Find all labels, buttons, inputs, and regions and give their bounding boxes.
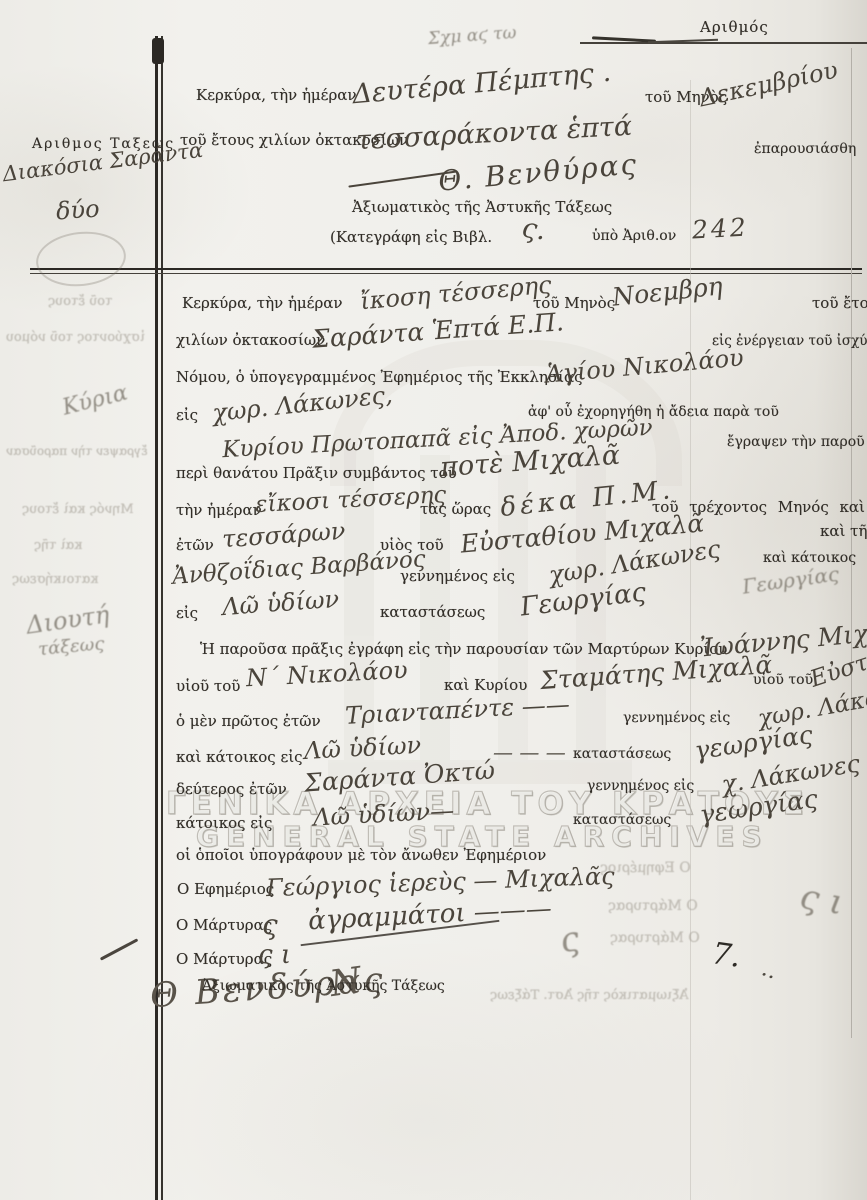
header-presented-label: ἐπαρουσιάσθη bbox=[754, 141, 856, 157]
body-year-label-cut: τοῦ ἔτους bbox=[812, 294, 867, 312]
bleed-text: ἔγραψεν τὴν παροῦσαν bbox=[6, 444, 148, 458]
priest-signature-handwriting: Γεώργιος ἱερεὺς — Μιχαλᾶς bbox=[266, 862, 615, 902]
bleed-text: Ἀξιωματικὸς τῆς Ἀστ. Τάξεως bbox=[490, 988, 688, 1003]
witness2-mark-handwriting: ς ι bbox=[258, 940, 291, 970]
witness1-mark-handwriting: ς bbox=[262, 908, 278, 941]
bleed-text: Ο Μάρτυρας bbox=[610, 930, 700, 946]
first-witness-born-label: γεννημένος εἰς bbox=[623, 710, 730, 726]
second-witness-resident-label: κάτοικος εἰς bbox=[176, 814, 272, 832]
bleed-text: Μηνός καὶ ἔτους bbox=[22, 502, 134, 517]
left-double-rule bbox=[155, 36, 158, 1200]
witness1-son-of-label: υἱοῦ τοῦ bbox=[176, 677, 240, 695]
and-of-label: καὶ τῆς bbox=[820, 522, 867, 540]
page-number-label: Αριθμός bbox=[700, 18, 769, 36]
bleed-swirl-handwriting: ς ι bbox=[797, 877, 846, 924]
first-witness-resident-label: καὶ κάτοικος εἰς bbox=[176, 748, 303, 766]
second-witness-age-label: δεύτερος ἐτῶν bbox=[176, 780, 287, 798]
registered-in-book-label: (Κατεγράφη εἰς Βιβλ. bbox=[330, 228, 492, 246]
under-number-label: ὑπὸ Ἀριθ.ον bbox=[592, 228, 676, 244]
left-rule-top-blob bbox=[152, 38, 164, 64]
header-place-day-label: Κερκύρα, τὴν ἡμέραν bbox=[196, 86, 357, 104]
and-mister-label: καὶ Κυρίου bbox=[444, 676, 527, 694]
body-year-hundreds-label: χιλίων ὀκτακοσίων bbox=[176, 331, 325, 349]
header-day-handwriting: Δευτέρα Πέμπτης . bbox=[351, 57, 612, 110]
scanned-death-register-page: ΓΕΝΙΚΑ ΑΡΧΕΙΑ ΤΟΥ ΚΡΑΤΟΥΣ GENERAL STATE … bbox=[0, 0, 867, 1200]
header-month-handwriting: Δεκεμβρίου bbox=[697, 56, 841, 113]
bleed-swirl-handwriting: ς bbox=[556, 918, 583, 961]
witness1-signature-label: Ο Μάρτυρας bbox=[176, 916, 272, 934]
ink-dots-mark: ‥ bbox=[758, 956, 780, 985]
body-day-handwriting: ἴκοση τέσσερης bbox=[359, 271, 552, 316]
resident-at-label: εἰς bbox=[176, 604, 198, 622]
and-resident-label: καὶ κάτοικος bbox=[763, 550, 856, 566]
top-header-line bbox=[580, 42, 867, 44]
book-number-handwriting: ς. bbox=[520, 213, 548, 247]
bleed-text: ἰσχύοντος τοῦ νόμου bbox=[6, 330, 145, 345]
pen-slash-mark bbox=[100, 938, 138, 960]
village-at-label: εἰς bbox=[176, 406, 198, 424]
bleed-text: Ο Μάρτυρας bbox=[608, 898, 698, 914]
header-officer-signature: Θ. Βενθύρας bbox=[437, 147, 639, 197]
bleed-text: καὶ τῆς bbox=[34, 538, 82, 553]
bleed-text: τοῦ ἔτους bbox=[48, 294, 112, 309]
at-hours-label: τὰς ὥρας bbox=[420, 500, 491, 518]
permission-granted-label: ἀφ' οὗ ἐχορηγήθη ἡ ἄδεια παρὰ τοῦ bbox=[528, 404, 779, 420]
dash-marks-handwriting: — — — bbox=[493, 740, 566, 764]
body-month-handwriting: Νοεμβρη bbox=[611, 271, 724, 311]
bleed-handwriting: τάξεως bbox=[37, 633, 105, 660]
section-double-rule-bottom bbox=[30, 273, 862, 274]
occupation-label: καταστάσεως bbox=[380, 603, 485, 621]
registry-number-handwriting: 242 bbox=[691, 213, 749, 245]
officer-title-footer-label: Ἀξιωματικὸς τῆς Ἀστυκῆς Τάξεως bbox=[202, 978, 445, 994]
bleed-text: Ο Εφημέριος bbox=[600, 860, 691, 876]
who-sign-with-priest-label: οἱ ὁποῖοι ὑπογράφουν μὲ τὸν ἄνωθεν Ἐφημέ… bbox=[176, 846, 546, 864]
header-officer-title: Ἀξιωματικὸς τῆς Ἀστυκῆς Τάξεως bbox=[352, 198, 612, 216]
top-scribble-handwriting: Σχμ αϛ τω bbox=[427, 23, 517, 49]
order-number-handwriting-2: δύο bbox=[55, 195, 100, 226]
body-place-day-label: Κερκύρα, τὴν ἡμέραν bbox=[182, 294, 343, 312]
header-year-handwriting: τεσσαράκοντα ἑπτά bbox=[355, 111, 632, 156]
bleed-handwriting: Κύρια bbox=[60, 380, 130, 420]
second-witness-occupation-label: καταστάσεως bbox=[573, 812, 671, 828]
aged-label: ἐτῶν bbox=[176, 536, 214, 554]
wrote-the-present-label: ἔγραψεν τὴν παροῦ bbox=[727, 434, 865, 450]
death-act-label: περὶ θανάτου Πρᾶξιν συμβάντος τοῦ bbox=[176, 464, 457, 482]
section-double-rule-top bbox=[30, 268, 862, 270]
bleed-text: κατοικήσεως bbox=[12, 572, 98, 587]
witness-presence-label: Ἡ παροῦσα πρᾶξις ἐγράφη εἰς τὴν παρουσία… bbox=[200, 640, 727, 658]
witness2-son-of-label: υἱοῦ τοῦ bbox=[753, 672, 813, 688]
first-witness-age-label: ὁ μὲν πρῶτος ἐτῶν bbox=[176, 712, 321, 730]
faint-handwriting-overlay: Γεωργίας bbox=[741, 561, 841, 598]
first-witness-occupation-label: καταστάσεως bbox=[573, 746, 671, 762]
margin-flourish-oval bbox=[33, 227, 128, 290]
priest-signature-label: Ο Εφημέριος bbox=[177, 880, 274, 898]
right-page-edge-line bbox=[851, 48, 852, 1038]
second-witness-born-label: γεννημένος εἰς bbox=[587, 778, 694, 794]
on-the-day-label: τὴν ἡμέραν bbox=[176, 501, 262, 519]
ink-mark: 7. bbox=[710, 936, 743, 975]
left-double-rule-inner bbox=[161, 36, 163, 1200]
born-at-label: γεννημένος εἰς bbox=[400, 567, 515, 585]
